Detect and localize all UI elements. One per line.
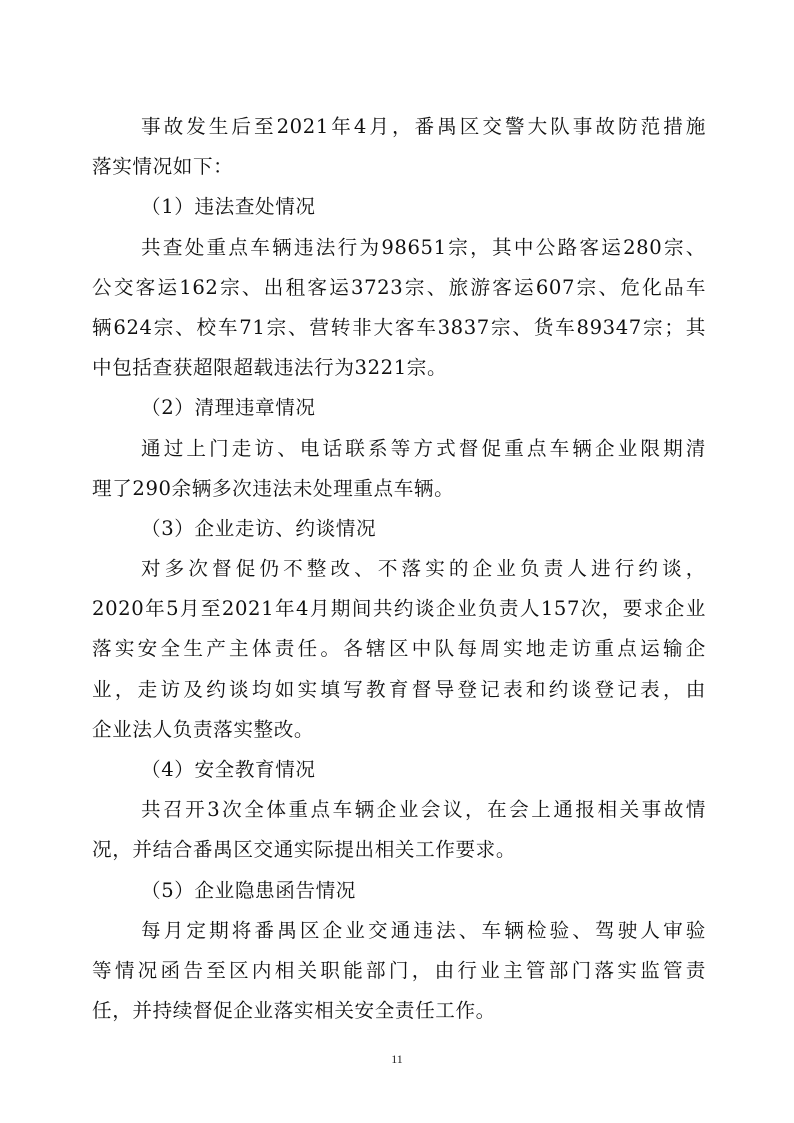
- section-heading: （5）企业隐患函告情况: [92, 871, 706, 911]
- paragraph-line: 每月定期将番禺区企业交通违法、车辆检验、驾驶人审验: [92, 911, 706, 951]
- section-heading: （3）企业走访、约谈情况: [92, 509, 706, 549]
- paragraph-line: 对多次督促仍不整改、不落实的企业负责人进行约谈，: [92, 549, 706, 589]
- paragraph-line: 任，并持续督促企业落实相关安全责任工作。: [92, 991, 706, 1031]
- intro-line: 落实情况如下：: [92, 147, 706, 187]
- paragraph-line: 共查处重点车辆违法行为98651宗，其中公路客运280宗、: [92, 228, 706, 268]
- paragraph-line: 2020年5月至2021年4月期间共约谈企业负责人157次，要求企业: [92, 589, 706, 629]
- page-number: 11: [0, 1052, 794, 1067]
- section-heading: （2）清理违章情况: [92, 388, 706, 428]
- paragraph-line: 落实安全生产主体责任。各辖区中队每周实地走访重点运输企: [92, 629, 706, 669]
- paragraph-line: 等情况函告至区内相关职能部门，由行业主管部门落实监管责: [92, 951, 706, 991]
- section-heading: （4）安全教育情况: [92, 750, 706, 790]
- paragraph-line: 况，并结合番禺区交通实际提出相关工作要求。: [92, 830, 706, 870]
- paragraph-line: 业，走访及约谈均如实填写教育督导登记表和约谈登记表，由: [92, 670, 706, 710]
- paragraph-line: 中包括查获超限超载违法行为3221宗。: [92, 348, 706, 388]
- paragraph-line: 企业法人负责落实整改。: [92, 710, 706, 750]
- section-heading: （1）违法查处情况: [92, 187, 706, 227]
- intro-line: 事故发生后至2021年4月，番禺区交警大队事故防范措施: [92, 107, 706, 147]
- paragraph-line: 理了290余辆多次违法未处理重点车辆。: [92, 469, 706, 509]
- paragraph-line: 通过上门走访、电话联系等方式督促重点车辆企业限期清: [92, 429, 706, 469]
- paragraph-line: 公交客运162宗、出租客运3723宗、旅游客运607宗、危化品车: [92, 268, 706, 308]
- document-page: 事故发生后至2021年4月，番禺区交警大队事故防范措施 落实情况如下： （1）违…: [92, 107, 706, 1031]
- paragraph-line: 共召开3次全体重点车辆企业会议，在会上通报相关事故情: [92, 790, 706, 830]
- paragraph-line: 辆624宗、校车71宗、营转非大客车3837宗、货车89347宗；其: [92, 308, 706, 348]
